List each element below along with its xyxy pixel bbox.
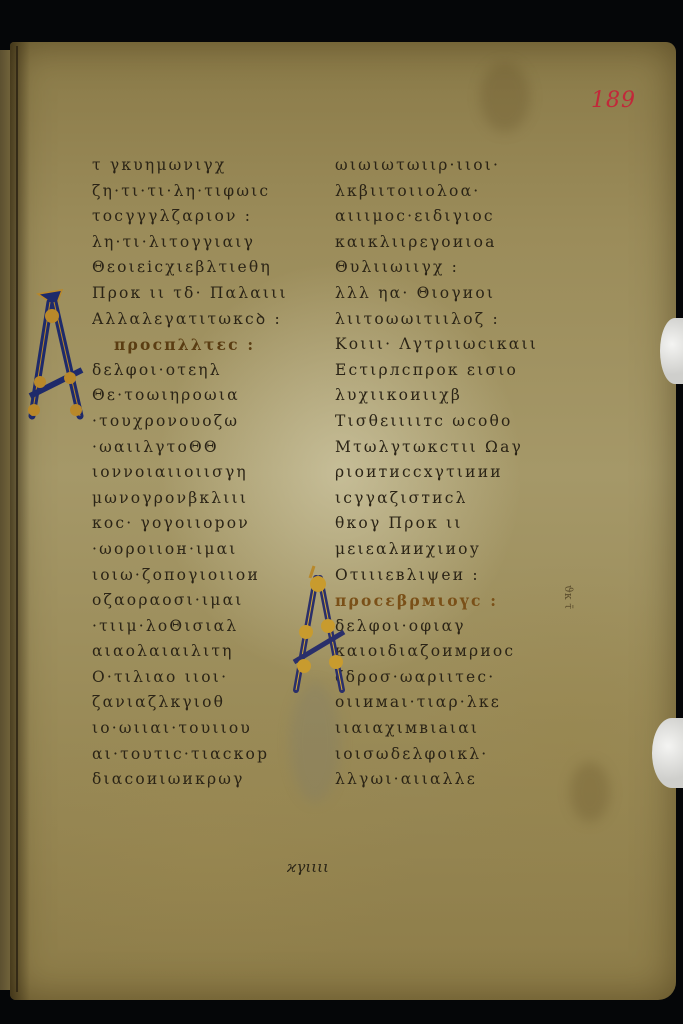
rubric-line: προсεβρмιоүс : — [335, 588, 565, 614]
text-line: διαсοиιωиκρωγ — [92, 767, 322, 793]
text-line: λλλ ηα· Θιογиοι — [335, 281, 565, 307]
illuminated-initial-alpha-middle — [284, 562, 354, 701]
text-line: ιο·ωιιαι·τουιιου — [92, 716, 322, 742]
text-line: ιсγγαζισтисλ — [335, 486, 565, 512]
text-line: τ γκυημωνιγχ — [92, 153, 322, 179]
folio-number: 189 — [591, 88, 636, 113]
text-line: Θυλιιωιιγχ : — [335, 255, 565, 281]
illuminated-alpha-icon — [284, 562, 354, 697]
text-line: ζδρоσ·ωαριιτес· — [335, 665, 565, 691]
manuscript-photo: 189 τ γκυημωνιγχ ζη·τι·τι·λη·τιφωιс τοсγ… — [0, 0, 683, 1024]
text-line: λλγωι·αιιαλλε — [335, 767, 565, 793]
text-line: αι·τουτιс·τιαсκοр — [92, 742, 322, 768]
quire-signature: ϰγιιιι — [287, 858, 329, 876]
text-line: λκβιιτοιιολοα· — [335, 179, 565, 205]
text-line: ιοννοιαιιοιισγη — [92, 460, 322, 486]
text-line: ριоитиссхγτιиии — [335, 460, 565, 486]
text-line: Αλλαλεγατιτωκсꝺ : — [92, 307, 322, 333]
text-line: θκογ Προκ ιι — [335, 511, 565, 537]
text-line: ·ωοροιιοн·ιμαι — [92, 537, 322, 563]
text-line: καιοιδιαζοимρиос — [335, 639, 565, 665]
text-line: οιιимаι·τιαρ·λκε — [335, 690, 565, 716]
text-line: Θε·τοωιηροωια — [92, 383, 322, 409]
stain — [570, 762, 610, 822]
text-line: Κοιιι· Λγτριιωсικαιι — [335, 332, 565, 358]
illuminated-initial-alpha-left — [20, 286, 92, 445]
text-line: ζη·τι·τι·λη·τιφωιс — [92, 179, 322, 205]
text-line: ωιωιωτωιιρ·ιιοι· — [335, 153, 565, 179]
text-line: Οτιιιεвλιψеи : — [335, 563, 565, 589]
right-text-column: ωιωιωτωιιρ·ιιοι· λκβιιτοιιολοα· αιιιμοс·… — [335, 153, 565, 793]
illuminated-alpha-icon — [20, 286, 92, 426]
text-line: δελφοι·οτεηλ — [92, 358, 322, 384]
text-line: κοс· γογοιιοpον — [92, 511, 322, 537]
text-line: δελφοι·οφιαγ — [335, 614, 565, 640]
rubric-line: προсπλλτεс : — [92, 332, 322, 358]
page-holder-clip-top — [660, 318, 683, 384]
text-line: Εсτιρлсπροκ εισιο — [335, 358, 565, 384]
text-line: αιιιμοс·ειδιγιοс — [335, 204, 565, 230]
text-line: Μτωλγτωκсτιι Ωаγ — [335, 435, 565, 461]
text-line: λυχιικοиιιχβ — [335, 383, 565, 409]
text-line: λη·τι·λιτογγιαιγ — [92, 230, 322, 256]
margin-annotation: ϑκ τ̄ — [562, 585, 575, 609]
stain — [480, 62, 530, 132]
binding-gutter — [16, 46, 18, 992]
text-line: Τισθειιιιтс ωсοθο — [335, 409, 565, 435]
text-line: Θεοιεісχιεβλτιеθη — [92, 255, 322, 281]
text-line: ·τουχρονουοζω — [92, 409, 322, 435]
text-line: μειεαλииχιиоу — [335, 537, 565, 563]
text-line: ιοισωδελφοικλ· — [335, 742, 565, 768]
text-line: μωνоγρονβκλιιι — [92, 486, 322, 512]
text-line: καικλιιρεγоиιоа — [335, 230, 565, 256]
text-line: ·ωαιιλγτοΘΘ — [92, 435, 322, 461]
text-line: λιιτοωωιτιιλοζ : — [335, 307, 565, 333]
text-line: Προκ ιι τδ· Παλαιιι — [92, 281, 322, 307]
text-line: τοсγγγλζαριον : — [92, 204, 322, 230]
text-line: ιιαιαχιмвιаιαι — [335, 716, 565, 742]
